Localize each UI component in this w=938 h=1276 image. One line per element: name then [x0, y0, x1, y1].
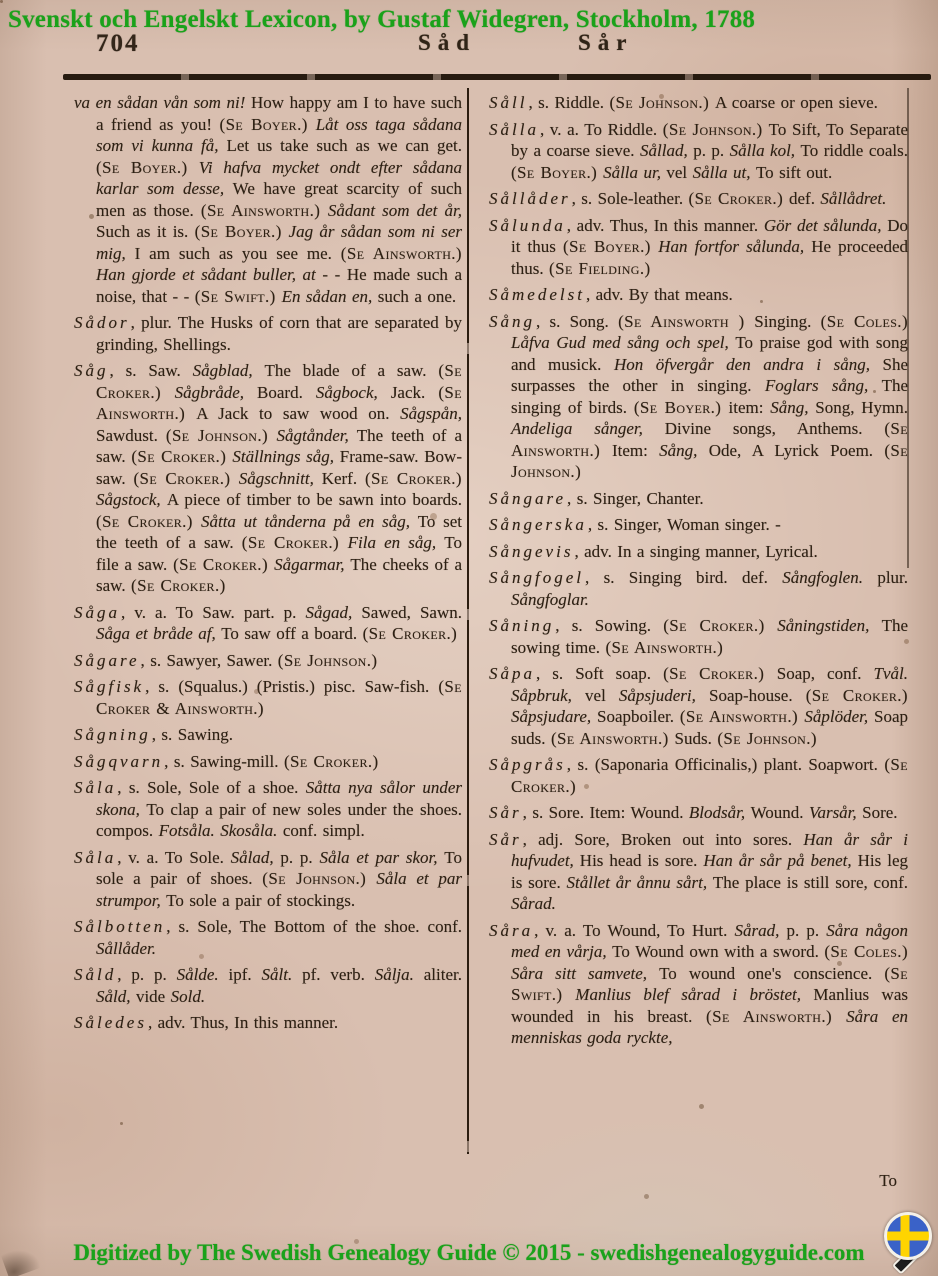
scanned-dictionary-page: Svenskt och Engelskt Lexicon, by Gustaf …: [0, 0, 938, 1276]
entry-text-segment: Sårad,: [735, 921, 787, 940]
entry-text-segment: Såpsjudare,: [511, 707, 597, 726]
paper-speckles: [0, 0, 3, 3]
entry-text-segment: plur.: [877, 568, 908, 587]
entry-text-segment: Sågstock,: [96, 490, 167, 509]
entry-headword: Såla: [74, 778, 117, 797]
entry-text-segment: En sådan en,: [282, 287, 378, 306]
dictionary-entry: Sålunda, adv. Thus, In this manner. Gör …: [489, 215, 908, 280]
entry-text-segment: Såpsjuderi,: [619, 686, 709, 705]
dictionary-entry: Såga, v. a. To Saw. part. p. Sågad, Sawe…: [74, 602, 462, 645]
entry-text-segment: Manlius blef sårad i bröstet,: [575, 985, 813, 1004]
page-number: 704: [96, 30, 140, 58]
entry-text-segment: , s. Singing bird. def.: [585, 568, 782, 587]
entry-headword: Såga: [74, 603, 121, 622]
entry-text-segment: , s. Riddle.: [528, 93, 609, 112]
entry-text-segment: Item:: [612, 441, 659, 460]
entry-text-segment: p. p.: [693, 141, 729, 160]
entry-text-segment: Sålde.: [177, 965, 229, 984]
entry-text-segment: Sågbråde,: [175, 383, 257, 402]
entry-text-segment: , s. Sole, The Bottom of the shoe. conf.: [166, 917, 462, 936]
entry-text-segment: (Se Croker.): [663, 664, 777, 683]
entry-text-segment: (Se Ainsworth ): [618, 312, 754, 331]
entry-headword: Således: [74, 1013, 148, 1032]
entry-text-segment: (Se Johnson.): [717, 729, 817, 748]
entry-headword: Sållåder: [489, 189, 572, 208]
entry-text-segment: (Se Boyer.): [563, 237, 658, 256]
dictionary-entry: Såra, v. a. To Wound, To Hurt. Sårad, p.…: [489, 920, 908, 1049]
dictionary-entry: Såla, s. Sole, Sole of a shoe. Såtta nya…: [74, 777, 462, 842]
entry-text-segment: Sålt.: [262, 965, 303, 984]
header-rule-thin: [63, 84, 931, 86]
entry-text-segment: , adv. Thus, In this manner.: [148, 1013, 338, 1032]
entry-text-segment: p. p.: [280, 848, 319, 867]
entry-text-segment: , adv. By that means.: [586, 285, 733, 304]
entry-text-segment: Soap-house.: [709, 686, 806, 705]
entry-text-segment: Sångfoglen.: [782, 568, 877, 587]
entry-text-segment: , v. a. To Wound, To Hurt.: [534, 921, 734, 940]
entry-text-segment: Såtta ut tånderna på en såg,: [201, 512, 418, 531]
entry-headword: Sålunda: [489, 216, 567, 235]
dictionary-entry: Sår, adj. Sore, Broken out into sores. H…: [489, 829, 908, 915]
entry-text-segment: (Se Ainsworth.): [341, 244, 462, 263]
entry-text-segment: Såra sitt samvete,: [511, 964, 659, 983]
entry-text-segment: ipf.: [228, 965, 261, 984]
entry-text-segment: (Se Johnson.): [166, 426, 277, 445]
entry-text-segment: such a one.: [378, 287, 456, 306]
entry-text-segment: Gör det sålunda,: [764, 216, 887, 235]
entry-text-segment: Sågad,: [305, 603, 361, 622]
entry-text-segment: To sole a pair of stockings.: [166, 891, 355, 910]
dictionary-entry: Sågare, s. Sawyer, Sawer. (Se Johnson.): [74, 650, 462, 672]
entry-text-segment: , v. a. To Sole.: [117, 848, 230, 867]
entry-text-segment: Board.: [257, 383, 316, 402]
entry-text-segment: (Se Croker.): [663, 616, 777, 635]
entry-text-segment: (Se Ainsworth.): [605, 638, 723, 657]
entry-text-segment: , s. Sawing-mill.: [164, 752, 284, 771]
entry-headword: Sålbotten: [74, 917, 166, 936]
entry-text-segment: Suds.: [675, 729, 718, 748]
entry-text-segment: A piece of timber to be sawn into boards…: [167, 490, 462, 509]
dictionary-entry: Sålbotten, s. Sole, The Bottom of the sh…: [74, 916, 462, 959]
entry-text-segment: (Se Boyer.): [634, 398, 729, 417]
dictionary-entry: Sågfisk, s. (Squalus.) (Pristis.) pisc. …: [74, 676, 462, 719]
entry-text-segment: Sawed, Sawn.: [361, 603, 462, 622]
dictionary-entry: Såpa, s. Soft soap. (Se Croker.) Soap, c…: [489, 663, 908, 749]
entry-text-segment: Tvål.: [874, 664, 908, 683]
entry-text-segment: item:: [729, 398, 771, 417]
entry-text-segment: vel: [666, 163, 692, 182]
entry-text-segment: (Se Croker.): [96, 512, 201, 531]
entry-text-segment: Sådant som det år,: [328, 201, 462, 220]
entry-headword: Såla: [74, 848, 117, 867]
entry-text-segment: , p. p.: [117, 965, 176, 984]
entry-text-segment: (Se Johnson.): [262, 869, 376, 888]
entry-headword: Såmedelst: [489, 285, 586, 304]
dictionary-entry: Såla, v. a. To Sole. Sålad, p. p. Såla e…: [74, 847, 462, 912]
entry-text-segment: Sållådret.: [820, 189, 886, 208]
entry-text-segment: (Se Croker.): [242, 533, 348, 552]
entry-text-segment: Sångfoglar.: [511, 590, 589, 609]
entry-text-segment: Soapboiler.: [597, 707, 680, 726]
entry-text-segment: A coarse or open sieve.: [715, 93, 878, 112]
entry-text-segment: (Se Fielding.): [549, 259, 651, 278]
entry-text-segment: vide: [136, 987, 171, 1006]
entry-text-segment: Låfva Gud med sång och spel,: [511, 333, 735, 352]
entry-text-segment: His head is sore.: [580, 851, 704, 870]
entry-text-segment: Blodsår,: [689, 803, 751, 822]
entry-text-segment: Soap, conf.: [777, 664, 874, 683]
entry-text-segment: (Se Croker.): [806, 686, 908, 705]
entry-text-segment: (Se Croker.): [131, 447, 232, 466]
dictionary-entry: Såg, s. Saw. Sågblad, The blade of a saw…: [74, 360, 462, 597]
dictionary-entry: Sår, s. Sore. Item: Wound. Blodsår, Woun…: [489, 802, 908, 824]
entry-text-segment: Jack.: [391, 383, 439, 402]
entry-text-segment: (Se Ainsworth.): [680, 707, 804, 726]
right-column: Såll, s. Riddle. (Se Johnson.) A coarse …: [489, 92, 908, 1054]
entry-text-segment: Singing.: [754, 312, 820, 331]
entry-text-segment: (Se Boyer.): [96, 158, 199, 177]
dictionary-entry: Sålla, v. a. To Riddle. (Se Johnson.) To…: [489, 119, 908, 184]
entry-text-segment: Sålja.: [375, 965, 424, 984]
entry-text-segment: (Se Johnson.): [610, 93, 715, 112]
entry-text-segment: Sawdust.: [96, 426, 166, 445]
dictionary-entry: Således, adv. Thus, In this manner.: [74, 1012, 462, 1034]
entry-text-segment: The blade of a saw.: [264, 361, 438, 380]
entry-text-segment: Song, Hymn.: [815, 398, 908, 417]
entry-text-segment: , v. a. To Riddle.: [540, 120, 663, 139]
dictionary-entry: Såpgrås, s. (Saponaria Officinalis,) pla…: [489, 754, 908, 797]
entry-text-segment: , s. Sowing.: [555, 616, 663, 635]
entry-text-segment: (Se Coles.): [821, 312, 908, 331]
entry-text-segment: Wound.: [751, 803, 809, 822]
entry-text-segment: Sågbock,: [316, 383, 391, 402]
entry-text-segment: (Se Johnson.): [663, 120, 769, 139]
entry-text-segment: , s. Sole-leather.: [572, 189, 689, 208]
entry-text-segment: Sore.: [862, 803, 897, 822]
entry-text-segment: Such as it is.: [96, 222, 195, 241]
entry-headword: Såpgrås: [489, 755, 567, 774]
entry-text-segment: Stållet år ånnu sårt,: [567, 873, 713, 892]
entry-text-segment: Fila en såg,: [348, 533, 445, 552]
entry-text-segment: Foglars sång,: [765, 376, 882, 395]
entry-text-segment: , s. Sawyer, Sawer.: [141, 651, 278, 670]
entry-text-segment: Sold.: [171, 987, 205, 1006]
dictionary-entry: Sådor, plur. The Husks of corn that are …: [74, 312, 462, 355]
entry-text-segment: Såningstiden,: [777, 616, 881, 635]
entry-text-segment: Såld,: [96, 987, 136, 1006]
entry-text-segment: , s. Singer, Woman singer. -: [588, 515, 781, 534]
entry-text-segment: , adj. Sore, Broken out into sores.: [523, 830, 804, 849]
entry-text-segment: , adv. In a singing manner, Lyrical.: [574, 542, 817, 561]
entry-text-segment: va en sådan vån som ni!: [74, 93, 251, 112]
entry-headword: Sådor: [74, 313, 131, 332]
entry-text-segment: To wound one's conscience.: [659, 964, 884, 983]
entry-text-segment: Let us take such as we can get.: [227, 136, 463, 155]
entry-headword: Sångerska: [489, 515, 588, 534]
entry-text-segment: (Se Croker.): [363, 624, 458, 643]
entry-headword: Sågfisk: [74, 677, 145, 696]
entry-text-segment: Sågblad,: [193, 361, 265, 380]
dictionary-entry: Sångare, s. Singer, Chanter.: [489, 488, 908, 510]
dictionary-entry: va en sådan vån som ni! How happy am I t…: [74, 92, 462, 307]
entry-text-segment: Han fortfor sålunda,: [658, 237, 811, 256]
entry-text-segment: Sång,: [770, 398, 815, 417]
entry-text-segment: A Jack to saw wood on.: [196, 404, 400, 423]
entry-text-segment: (Se Croker.): [173, 555, 274, 574]
entry-text-segment: , s. Sole, Sole of a shoe.: [117, 778, 306, 797]
entry-headword: Sångare: [489, 489, 567, 508]
dictionary-entry: Sångerska, s. Singer, Woman singer. -: [489, 514, 908, 536]
dictionary-entry: Såld, p. p. Sålde. ipf. Sålt. pf. verb. …: [74, 964, 462, 1007]
entry-headword: Såll: [489, 93, 528, 112]
entry-text-segment: Sågtånder,: [277, 426, 357, 445]
entry-text-segment: To sift out.: [756, 163, 832, 182]
entry-text-segment: , plur. The Husks of corn that are separ…: [96, 313, 462, 354]
entry-headword: Sålla: [489, 120, 540, 139]
entry-text-segment: (Se Swift.): [195, 287, 282, 306]
entry-text-segment: pf. verb.: [302, 965, 375, 984]
entry-text-segment: Ställnings såg,: [232, 447, 339, 466]
entry-headword: Sår: [489, 803, 523, 822]
entry-text-segment: Sågspån,: [400, 404, 462, 423]
entry-text-segment: The place is still sore, conf.: [713, 873, 908, 892]
entry-text-segment: Sålla ut,: [693, 163, 756, 182]
running-head-right: Sår: [578, 30, 634, 56]
entry-text-segment: I am such as you see me.: [135, 244, 341, 263]
entry-text-segment: Såplöder,: [804, 707, 874, 726]
running-head-left: Såd: [418, 30, 476, 56]
entry-text-segment: conf. simpl.: [283, 821, 365, 840]
entry-text-segment: , s. Sore. Item: Wound.: [523, 803, 689, 822]
dictionary-entry: Sångevis, adv. In a singing manner, Lyri…: [489, 541, 908, 563]
entry-text-segment: , s. Saw.: [110, 361, 193, 380]
entry-text-segment: (Se Johnson.): [278, 651, 378, 670]
entry-text-segment: def.: [789, 189, 820, 208]
entry-text-segment: , s. (Saponaria Officinalis,) plant. Soa…: [567, 755, 885, 774]
entry-headword: Sågning: [74, 725, 152, 744]
entry-text-segment: , s. (Squalus.) (Pristis.) pisc. Saw-fis…: [145, 677, 438, 696]
entry-text-segment: To riddle coals.: [801, 141, 908, 160]
entry-text-segment: Hon öfvergår den andra i sång,: [614, 355, 883, 374]
entry-headword: Sågare: [74, 651, 141, 670]
entry-text-segment: Han år sår på benet,: [703, 851, 857, 870]
entry-text-segment: , s. Soft soap.: [536, 664, 663, 683]
entry-text-segment: Fotsåla. Skosåla.: [159, 821, 283, 840]
dictionary-entry: Sångfogel, s. Singing bird. def. Sångfog…: [489, 567, 908, 610]
entry-text-segment: , s. Song.: [536, 312, 618, 331]
entry-text-segment: (Se Boyer.): [511, 163, 603, 182]
entry-text-segment: , s. Singer, Chanter.: [567, 489, 704, 508]
entry-text-segment: (Se Croker.): [284, 752, 379, 771]
entry-text-segment: Kerf.: [322, 469, 365, 488]
entry-text-segment: Varsår,: [809, 803, 862, 822]
entry-text-segment: Sång,: [659, 441, 709, 460]
entry-text-segment: Divine songs, Anthems.: [665, 419, 885, 438]
entry-text-segment: , adv. Thus, In this manner.: [567, 216, 764, 235]
entry-text-segment: (Se Croker.): [133, 469, 238, 488]
entry-headword: Såra: [489, 921, 534, 940]
dictionary-entry: Sågning, s. Sawing.: [74, 724, 462, 746]
dictionary-entry: Sågqvarn, s. Sawing-mill. (Se Croker.): [74, 751, 462, 773]
entry-text-segment: Sågarmar,: [274, 555, 350, 574]
entry-headword: Såld: [74, 965, 117, 984]
entry-text-segment: Han gjorde et sådant buller, at - -: [96, 265, 347, 284]
dictionary-entry: Såning, s. Sowing. (Se Croker.) Såningst…: [489, 615, 908, 658]
column-divider-rule: [467, 88, 469, 1154]
entry-headword: Sång: [489, 312, 536, 331]
dictionary-entry: Såll, s. Riddle. (Se Johnson.) A coarse …: [489, 92, 908, 114]
catchword: To: [489, 1171, 897, 1191]
dictionary-entry: Såmedelst, adv. By that means.: [489, 284, 908, 306]
left-column: va en sådan vån som ni! How happy am I t…: [74, 92, 462, 1039]
entry-text-segment: (Se Ainsworth.): [201, 201, 328, 220]
dictionary-entry: Sållåder, s. Sole-leather. (Se Croker.) …: [489, 188, 908, 210]
entry-text-segment: To saw off a board.: [221, 624, 362, 643]
entry-text-segment: vel: [585, 686, 619, 705]
entry-text-segment: Sålad,: [231, 848, 281, 867]
entry-text-segment: (Se Ainsworth.): [706, 1007, 846, 1026]
entry-text-segment: (Se Ainsworth.): [551, 729, 675, 748]
entry-text-segment: Sålla kol,: [730, 141, 801, 160]
entry-text-segment: p. p.: [787, 921, 827, 940]
entry-text-segment: (Se Boyer.): [220, 115, 316, 134]
entry-headword: Såg: [74, 361, 110, 380]
entry-text-segment: Andeliga sånger,: [511, 419, 665, 438]
entry-text-segment: Ode, A Lyrick Poem.: [709, 441, 885, 460]
entry-text-segment: Såla et par skor,: [319, 848, 444, 867]
scan-footer: Digitized by The Swedish Genealogy Guide…: [0, 1240, 938, 1266]
entry-headword: Sångevis: [489, 542, 574, 561]
entry-text-segment: Sållåder.: [96, 939, 156, 958]
dictionary-entry: Sång, s. Song. (Se Ainsworth ) Singing. …: [489, 311, 908, 483]
entry-headword: Sågqvarn: [74, 752, 164, 771]
entry-text-segment: Sågschnitt,: [239, 469, 322, 488]
entry-text-segment: (Se Croker.): [131, 576, 226, 595]
entry-text-segment: (Se Croker.): [689, 189, 789, 208]
entry-headword: Såpa: [489, 664, 536, 683]
header-rule-thick: [63, 74, 931, 80]
entry-text-segment: Såga et bråde af,: [96, 624, 221, 643]
entry-text-segment: (Se Boyer.): [195, 222, 289, 241]
entry-text-segment: , s. Sawing.: [152, 725, 233, 744]
entry-text-segment: To Wound own with a sword.: [612, 942, 824, 961]
entry-text-segment: Sållad,: [640, 141, 693, 160]
entry-text-segment: Sålla ur,: [603, 163, 666, 182]
entry-text-segment: aliter.: [424, 965, 462, 984]
entry-headword: Sångfogel: [489, 568, 585, 587]
entry-text-segment: (Se Croker.): [365, 469, 462, 488]
entry-text-segment: , v. a. To Saw. part. p.: [121, 603, 305, 622]
entry-headword: Såning: [489, 616, 555, 635]
entry-text-segment: Såpbruk,: [511, 686, 585, 705]
entry-headword: Sår: [489, 830, 523, 849]
entry-text-segment: Sårad.: [511, 894, 556, 913]
entry-text-segment: (Se Coles.): [824, 942, 908, 961]
